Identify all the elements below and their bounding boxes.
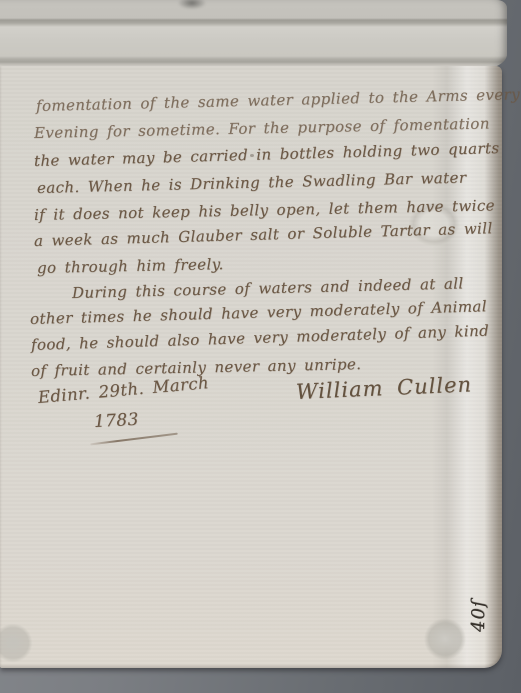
signature-william-cullen: William Cullen <box>295 372 472 404</box>
paper-stain-bottom-right <box>418 612 472 666</box>
manuscript-line: go through him freely. <box>37 255 224 277</box>
manuscript-page: fomentation of the same water applied to… <box>0 66 502 668</box>
manuscript-line: the water may be carried in bottles hold… <box>34 139 500 170</box>
manuscript-line: Evening for sometime. For the purpose of… <box>34 114 490 142</box>
previous-page-edge <box>0 0 507 70</box>
pen-flourish <box>90 433 178 446</box>
paper-stain-bottom-left <box>0 618 38 668</box>
manuscript-line: a week as much Glauber salt or Soluble T… <box>34 219 493 250</box>
dateline-year: 1783 <box>93 410 139 432</box>
manuscript-line: food, he should also have very moderatel… <box>31 322 490 354</box>
manuscript-line: if it does not keep his belly open, let … <box>34 196 495 224</box>
manuscript-photo: fomentation of the same water applied to… <box>0 0 521 693</box>
manuscript-line: fomentation of the same water applied to… <box>36 85 520 115</box>
manuscript-line: During this course of waters and indeed … <box>72 274 464 302</box>
ink-smudge-top <box>172 0 212 12</box>
folio-mark: 40ſ <box>468 546 494 632</box>
manuscript-line: each. When he is Drinking the Swadling B… <box>37 169 467 197</box>
